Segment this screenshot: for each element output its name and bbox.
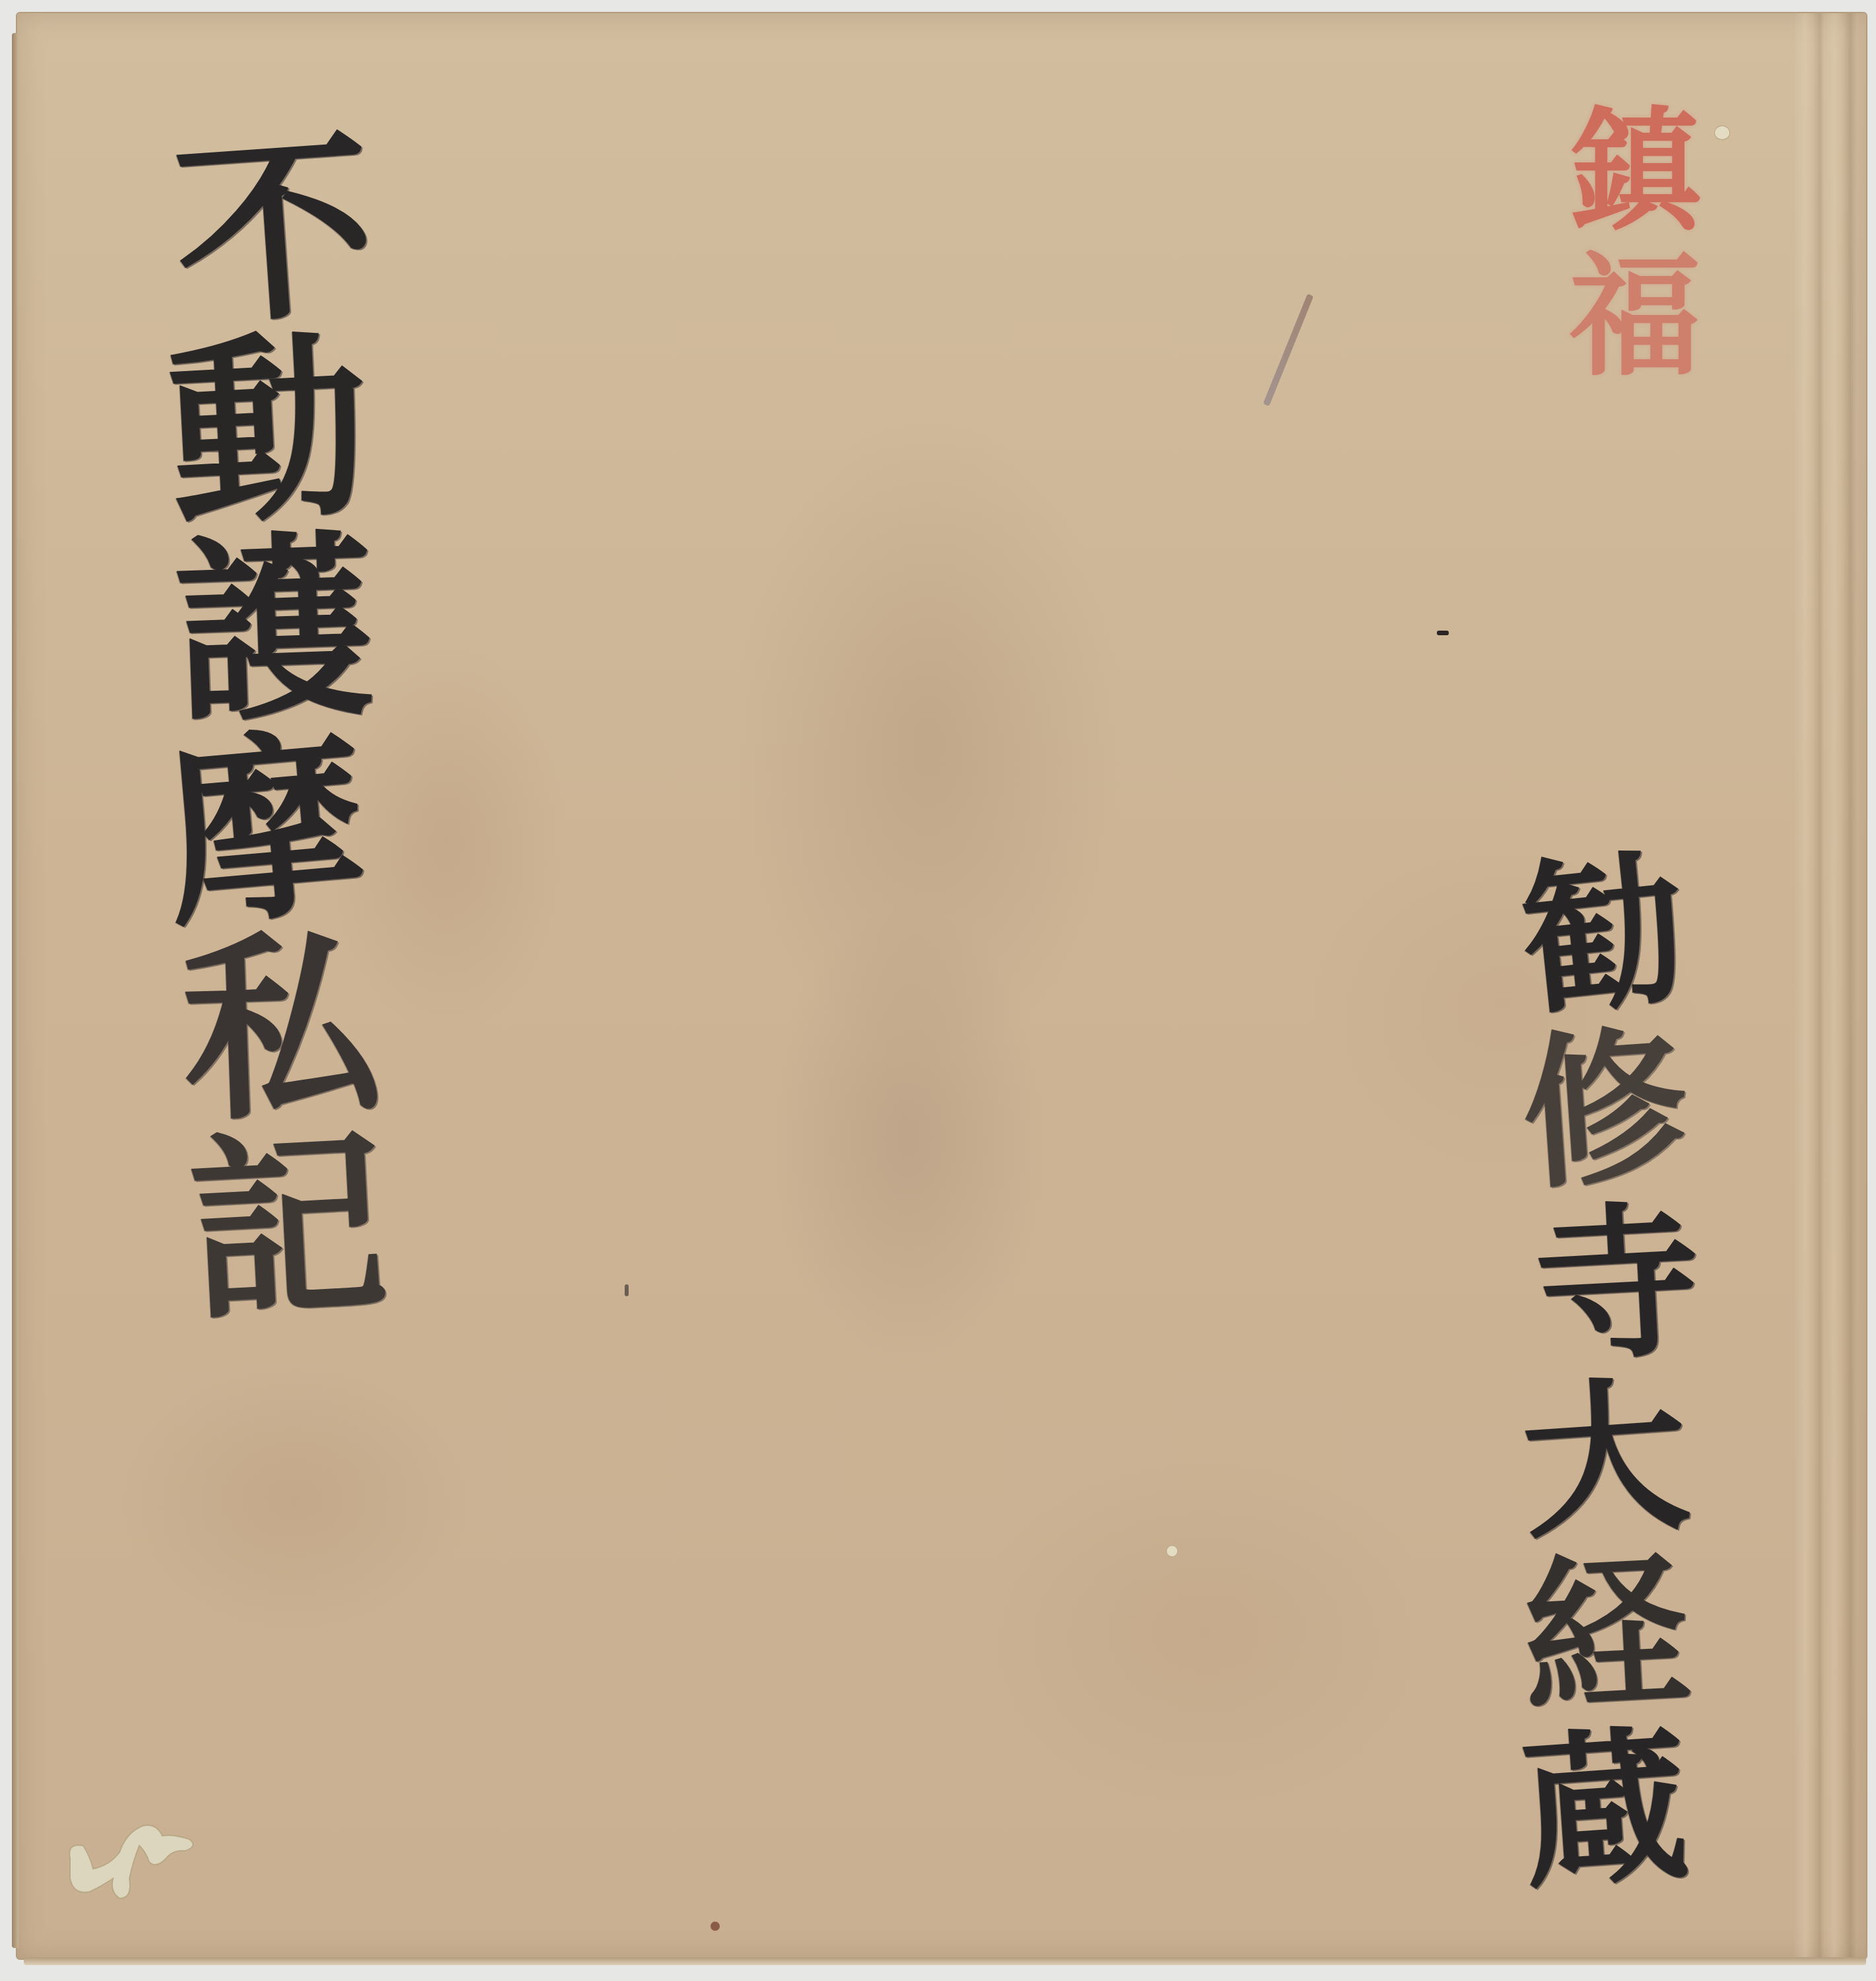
pin-hole <box>1714 125 1730 140</box>
inscription-char: 蔵 <box>1517 1721 1694 1908</box>
ownership-inscription-column: 勧 修 寺 大 経 蔵 <box>1496 852 1714 1902</box>
seal-char: 福 <box>1569 251 1701 396</box>
page-edge-left <box>12 33 18 1948</box>
title-char: 不 <box>169 125 380 337</box>
page-edge-bottom <box>24 1957 1866 1965</box>
inscription-char: 勧 <box>1514 844 1696 1035</box>
pin-hole <box>1166 1545 1178 1557</box>
worm-damage-patch <box>57 1806 222 1905</box>
red-seal-stamp: 鎮 福 <box>1556 106 1714 396</box>
scratch-mark <box>1263 294 1314 407</box>
ink-speck <box>625 1284 629 1296</box>
inscription-char: 大 <box>1517 1372 1694 1558</box>
seal-char: 鎮 <box>1569 106 1701 251</box>
binding-spine <box>1793 13 1866 1959</box>
title-char: 摩 <box>158 723 373 938</box>
inscription-char: 修 <box>1517 1022 1694 1208</box>
title-char: 記 <box>184 1123 392 1331</box>
ink-speck <box>1437 631 1449 635</box>
inscription-char: 経 <box>1518 1548 1692 1731</box>
title-char: 動 <box>164 327 372 535</box>
manuscript-cover: 不 動 護 摩 私 記 鎮 福 勧 修 寺 大 経 蔵 <box>16 12 1867 1960</box>
stain-speck <box>711 1922 720 1931</box>
title-column: 不 動 護 摩 私 記 <box>149 132 400 1329</box>
inscription-char: 寺 <box>1531 1197 1706 1381</box>
title-char: 私 <box>179 926 384 1131</box>
title-char: 護 <box>172 528 377 732</box>
